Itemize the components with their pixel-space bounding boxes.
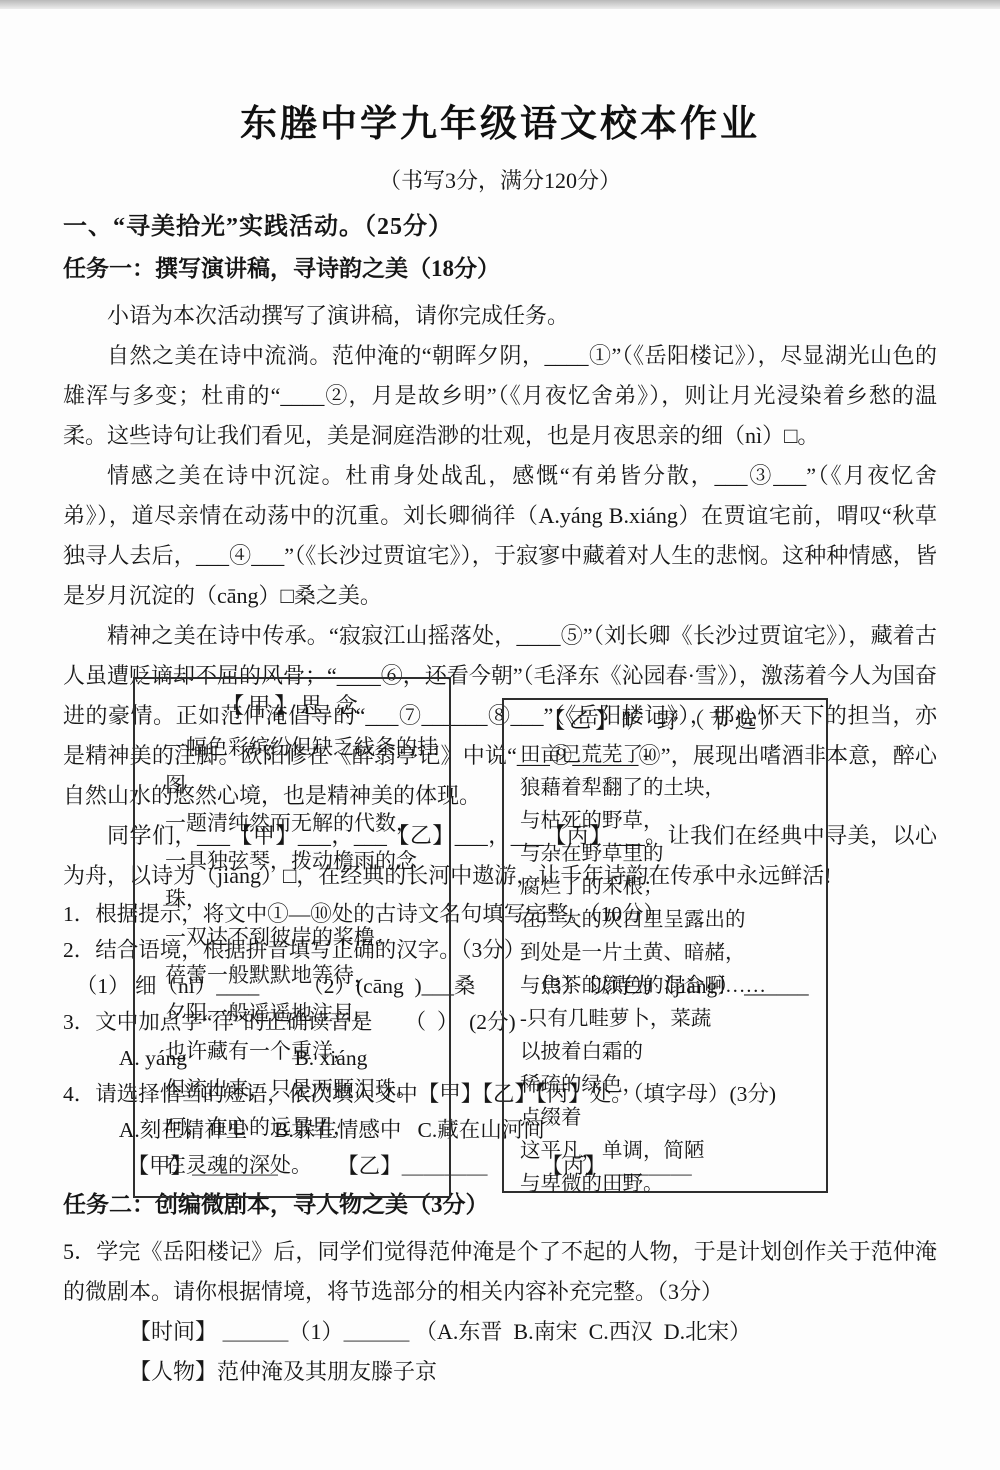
poem-yi-line: 到处是一片土黄、暗赭，: [504, 937, 826, 970]
poem-yi-line: 以披着白霜的: [504, 1036, 826, 1069]
poem-yi-line: 狼藉着犁翻了的土块，: [504, 772, 826, 805]
poem-yi-line: 腐烂了的禾根；: [504, 871, 826, 904]
poem-yi-title: 【乙】旷 野（节选）: [504, 704, 826, 735]
poem-jia-line: 也许藏有一个重洋，: [135, 1032, 449, 1070]
page-title: 东塍中学九年级语文校本作业: [63, 100, 937, 150]
poem-box-yi: 【乙】旷 野（节选） 田亩已荒芜了- 狼藉着犁翻了的土块， 与枯死的野草， 与杂…: [502, 698, 828, 1193]
question-5-person: 【人物】范仲淹及其朋友滕子京: [63, 1352, 937, 1392]
poem-jia-line: 夕阳一般遥遥地注目。: [135, 994, 449, 1032]
question-5: 5．学完《岳阳楼记》后，同学们觉得范仲淹是个了不起的人物，于是计划创作关于范仲淹…: [63, 1232, 937, 1312]
poem-jia-line: 一题清纯然而无解的代数，: [135, 804, 449, 842]
question-5-time: 【时间】 ＿＿＿（1）＿＿＿ （A.东晋 B.南宋 C.西汉 D.北宋）: [63, 1312, 937, 1352]
poem-yi-line: 田亩已荒芜了-: [504, 739, 826, 772]
poem-jia-title: 【甲】思 念: [135, 689, 449, 720]
paragraph-emotion: 情感之美在诗中沉淀。杜甫身处战乱，感慨“有弟皆分散，___③___”（《月夜忆舍…: [63, 456, 937, 616]
poem-jia-line: 一幅色彩缤纷但缺乏线条的挂图: [135, 728, 449, 804]
poem-yi-line: 这平凡，单调，简陋: [504, 1135, 826, 1168]
poem-box-jia: 【甲】思 念 一幅色彩缤纷但缺乏线条的挂图 一题清纯然而无解的代数， 一具独弦琴…: [133, 677, 451, 1198]
page-subtitle: （书写3分，满分120分）: [63, 166, 937, 196]
poem-yi-line: 与枯死的野草，: [504, 805, 826, 838]
poem-yi-line: 与焦茶的颜色的混合啊……: [504, 970, 826, 1003]
poem-yi-line: 与卑微的田野。: [504, 1168, 826, 1201]
poem-jia-line: 但流出来，只是两颗泪珠。: [135, 1070, 449, 1108]
section1-heading: 一、“寻美拾光”实践活动。（25分）: [63, 210, 937, 244]
poem-jia-line: 一双达不到彼岸的桨橹。: [135, 918, 449, 956]
poem-yi-line: 点缀着: [504, 1102, 826, 1135]
worksheet-page: 东塍中学九年级语文校本作业 （书写3分，满分120分） 一、“寻美拾光”实践活动…: [0, 0, 1000, 1470]
poem-yi-line: 与杂在野草里的: [504, 838, 826, 871]
poem-jia-line: 一具独弦琴，拨动檐雨的念珠，: [135, 842, 449, 918]
paragraph-nature: 自然之美在诗中流淌。范仲淹的“朝晖夕阴，____①”（《岳阳楼记》），尽显湖光山…: [63, 336, 937, 456]
poem-jia-line: 呵，在心的远景里，: [135, 1108, 449, 1146]
poem-jia-line: 蓓蕾一般默默地等待，: [135, 956, 449, 994]
poem-yi-line: -只有几畦萝卜，菜蔬: [504, 1003, 826, 1036]
poem-jia-line: 在灵魂的深处。: [135, 1146, 449, 1184]
task1-heading: 任务一：撰写演讲稿，寻诗韵之美（18分）: [63, 252, 937, 286]
intro-paragraph: 小语为本次活动撰写了演讲稿，请你完成任务。: [63, 296, 937, 336]
scan-edge: [0, 0, 1000, 9]
poem-yi-line: 在广大的灰白里呈露出的: [504, 904, 826, 937]
poem-yi-line: 稀疏的绿色，: [504, 1069, 826, 1102]
